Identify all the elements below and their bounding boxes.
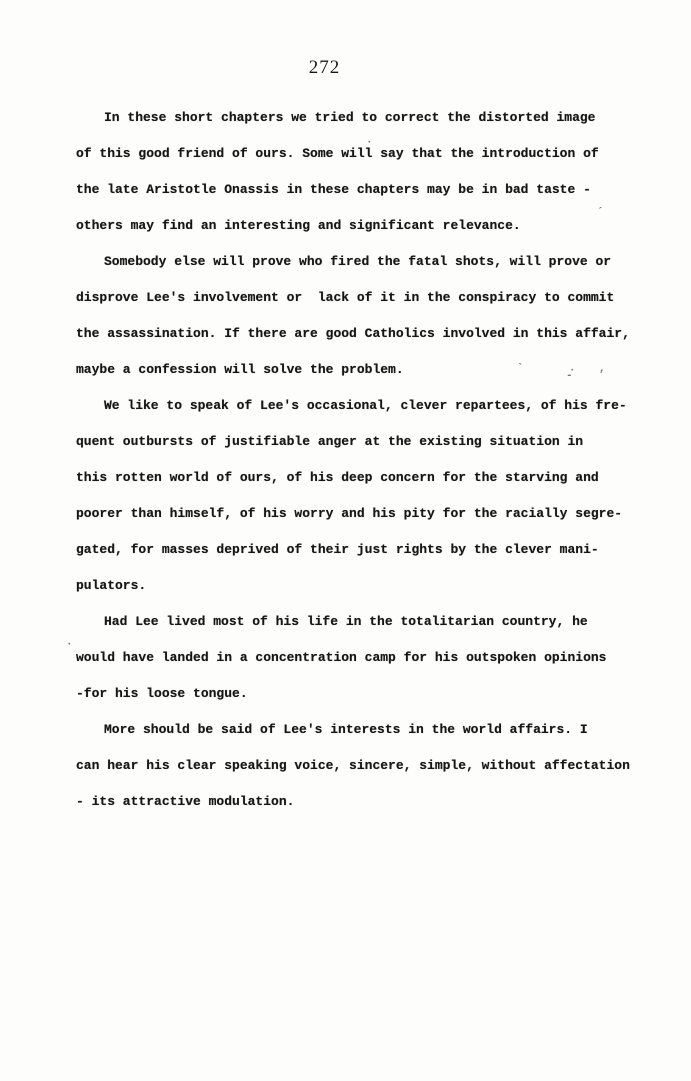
- text-line: In these short chapters we tried to corr…: [76, 100, 651, 136]
- text-line: disprove Lee's involvement or lack of it…: [76, 280, 651, 316]
- paragraph: In these short chapters we tried to corr…: [76, 100, 651, 244]
- page-body: In these short chapters we tried to corr…: [76, 100, 651, 820]
- scan-speck: -: [566, 371, 573, 382]
- text-line: the assassination. If there are good Cat…: [76, 316, 651, 352]
- paragraph: We like to speak of Lee's occasional, cl…: [76, 388, 651, 604]
- text-line: maybe a confession will solve the proble…: [76, 352, 651, 388]
- text-line: - its attractive modulation.: [76, 784, 651, 820]
- text-line: would have landed in a concentration cam…: [76, 640, 651, 676]
- scan-speck: ·: [366, 138, 373, 149]
- text-line: others may find an interesting and signi…: [76, 208, 651, 244]
- document-page: 272 In these short chapters we tried to …: [0, 0, 691, 1081]
- text-line: gated, for masses deprived of their just…: [76, 532, 651, 568]
- text-line: pulators.: [76, 568, 651, 604]
- paragraph: Had Lee lived most of his life in the to…: [76, 604, 651, 712]
- text-line: quent outbursts of justifiable anger at …: [76, 424, 651, 460]
- text-line: Somebody else will prove who fired the f…: [76, 244, 651, 280]
- scan-speck: ·: [66, 640, 73, 651]
- text-line: this rotten world of ours, of his deep c…: [76, 460, 651, 496]
- page-number: 272: [0, 57, 649, 79]
- text-line: Had Lee lived most of his life in the to…: [76, 604, 651, 640]
- text-line: -for his loose tongue.: [76, 676, 651, 712]
- paragraph: More should be said of Lee's interests i…: [76, 712, 651, 820]
- text-line: the late Aristotle Onassis in these chap…: [76, 172, 651, 208]
- scan-speck: `: [517, 364, 524, 375]
- scan-speck: ´: [597, 208, 604, 219]
- text-line: of this good friend of ours. Some will s…: [76, 136, 651, 172]
- text-line: More should be said of Lee's interests i…: [76, 712, 651, 748]
- text-line: can hear his clear speaking voice, since…: [76, 748, 651, 784]
- scan-speck: ,: [599, 364, 606, 375]
- text-line: We like to speak of Lee's occasional, cl…: [76, 388, 651, 424]
- paragraph: Somebody else will prove who fired the f…: [76, 244, 651, 388]
- text-line: poorer than himself, of his worry and hi…: [76, 496, 651, 532]
